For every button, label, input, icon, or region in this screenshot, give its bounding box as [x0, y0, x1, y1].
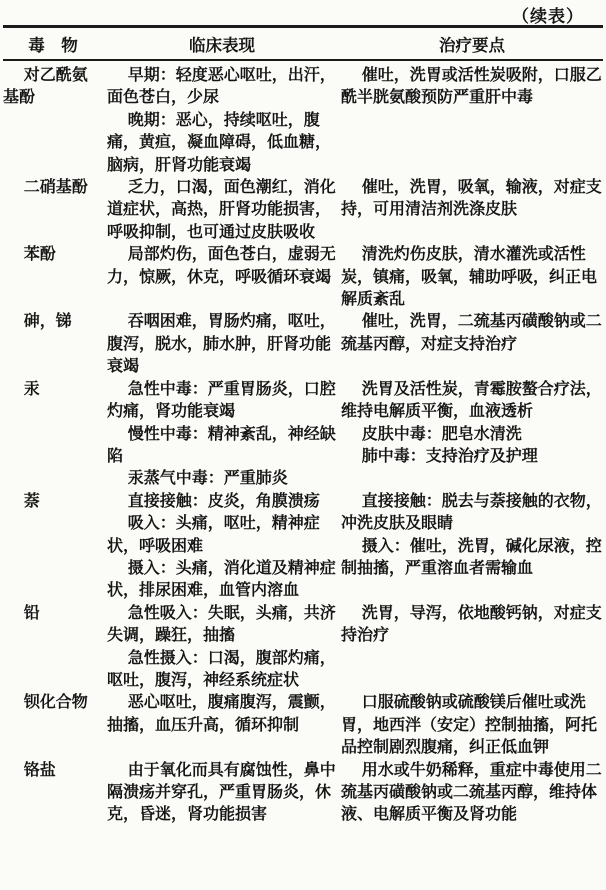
- poison-name: 铅: [3, 603, 103, 693]
- clinical-cell: 急性吸入：失眠，头痛，共济失调，躁狂，抽搐 急性摄入：口渴，腹部灼痛，呕吐，腹泻…: [107, 603, 337, 693]
- clinical-cell: 直接接触：皮炎，角膜溃疡 吸入：头痛，呕吐，精神症状，呼吸困难 摄入：头痛，消化…: [107, 491, 337, 603]
- clinical-cell: 吞咽困难，胃肠灼痛，呕吐，腹泻，脱水，肺水肿，肝肾功能衰竭: [107, 311, 337, 378]
- table-header-row: 毒 物 临床表现 治疗要点: [3, 25, 603, 61]
- clinical-cell: 恶心呕吐，腹痛腹泻，震颤，抽搐，血压升高，循环抑制: [107, 692, 337, 759]
- clinical-cell: 早期：轻度恶心呕吐，出汗，面色苍白，少尿 晚期：恶心，持续呕吐，腹痛，黄疸，凝血…: [107, 65, 337, 177]
- poison-name: 汞: [3, 379, 103, 491]
- table-row-chromium-salts: 铬盐 由于氧化而具有腐蚀性，鼻中隔溃疡并穿孔，严重胃肠炎，休克，昏迷，肾功能损害…: [3, 760, 603, 827]
- treatment-cell: 直接接触：脱去与萘接触的衣物，冲洗皮肤及眼睛 摄入：催吐，洗胃，碱化尿液，控制抽…: [341, 491, 603, 603]
- poison-name: 对乙酰氨基酚: [3, 65, 103, 177]
- treatment-cell: 洗胃及活性炭，青霉胺螯合疗法，维持电解质平衡，血液透析 皮肤中毒：肥皂水清洗 肺…: [341, 379, 603, 491]
- column-header-poison: 毒 物: [3, 32, 103, 56]
- treatment-cell: 洗胃，导泻，依地酸钙钠，对症支持治疗: [341, 603, 603, 693]
- continuation-note: （续表）: [512, 2, 584, 27]
- clinical-cell: 由于氧化而具有腐蚀性，鼻中隔溃疡并穿孔，严重胃肠炎，休克，昏迷，肾功能损害: [107, 760, 337, 827]
- table-row-lead: 铅 急性吸入：失眠，头痛，共济失调，躁狂，抽搐 急性摄入：口渴，腹部灼痛，呕吐，…: [3, 603, 603, 693]
- poison-name: 钡化合物: [3, 692, 103, 759]
- treatment-cell: 用水或牛奶稀释，重症中毒使用二巯基丙磺酸钠或二巯基丙醇，维持体液、电解质平衡及肾…: [341, 760, 603, 827]
- treatment-cell: 催吐，洗胃，吸氧，输液，对症支持，可用清洁剂洗涤皮肤: [341, 177, 603, 244]
- poison-table: 毒 物 临床表现 治疗要点 对乙酰氨基酚 早期：轻度恶心呕吐，出汗，面色苍白，少…: [3, 25, 603, 827]
- clinical-cell: 急性中毒：严重胃肠炎，口腔灼痛，肾功能衰竭 慢性中毒：精神紊乱，神经缺陷 汞蒸气…: [107, 379, 337, 491]
- column-header-clinical: 临床表现: [107, 32, 337, 56]
- table-row-mercury: 汞 急性中毒：严重胃肠炎，口腔灼痛，肾功能衰竭 慢性中毒：精神紊乱，神经缺陷 汞…: [3, 379, 603, 491]
- table-body: 对乙酰氨基酚 早期：轻度恶心呕吐，出汗，面色苍白，少尿 晚期：恶心，持续呕吐，腹…: [3, 61, 603, 827]
- scanned-page: （续表） 毒 物 临床表现 治疗要点 对乙酰氨基酚 早期：轻度恶心呕吐，出汗，面…: [0, 0, 606, 890]
- treatment-cell: 清洗灼伤皮肤，清水灌洗或活性炭，镇痛，吸氧，辅助呼吸，纠正电解质紊乱: [341, 244, 603, 311]
- poison-name: 萘: [3, 491, 103, 603]
- poison-name: 二硝基酚: [3, 177, 103, 244]
- table-row-phenol: 苯酚 局部灼伤，面色苍白，虚弱无力，惊厥，休克，呼吸循环衰竭 清洗灼伤皮肤，清水…: [3, 244, 603, 311]
- column-header-treatment: 治疗要点: [341, 32, 603, 56]
- poison-name: 砷，锑: [3, 311, 103, 378]
- treatment-cell: 口服硫酸钠或硫酸镁后催吐或洗胃，地西泮（安定）控制抽搐，阿托品控制剧烈腹痛，纠正…: [341, 692, 603, 759]
- clinical-cell: 局部灼伤，面色苍白，虚弱无力，惊厥，休克，呼吸循环衰竭: [107, 244, 337, 311]
- table-row-barium-compounds: 钡化合物 恶心呕吐，腹痛腹泻，震颤，抽搐，血压升高，循环抑制 口服硫酸钠或硫酸镁…: [3, 692, 603, 759]
- treatment-cell: 催吐，洗胃，二巯基丙磺酸钠或二巯基丙醇，对症支持治疗: [341, 311, 603, 378]
- table-row-dinitrophenol: 二硝基酚 乏力，口渴，面色潮红，消化道症状，高热，肝肾功能损害，呼吸抑制，也可通…: [3, 177, 603, 244]
- poison-name: 铬盐: [3, 760, 103, 827]
- poison-name: 苯酚: [3, 244, 103, 311]
- table-row-naphthalene: 萘 直接接触：皮炎，角膜溃疡 吸入：头痛，呕吐，精神症状，呼吸困难 摄入：头痛，…: [3, 491, 603, 603]
- table-row-arsenic-antimony: 砷，锑 吞咽困难，胃肠灼痛，呕吐，腹泻，脱水，肺水肿，肝肾功能衰竭 催吐，洗胃，…: [3, 311, 603, 378]
- treatment-cell: 催吐，洗胃或活性炭吸附，口服乙酰半胱氨酸预防严重肝中毒: [341, 65, 603, 177]
- clinical-cell: 乏力，口渴，面色潮红，消化道症状，高热，肝肾功能损害，呼吸抑制，也可通过皮肤吸收: [107, 177, 337, 244]
- table-row-acetaminophen: 对乙酰氨基酚 早期：轻度恶心呕吐，出汗，面色苍白，少尿 晚期：恶心，持续呕吐，腹…: [3, 65, 603, 177]
